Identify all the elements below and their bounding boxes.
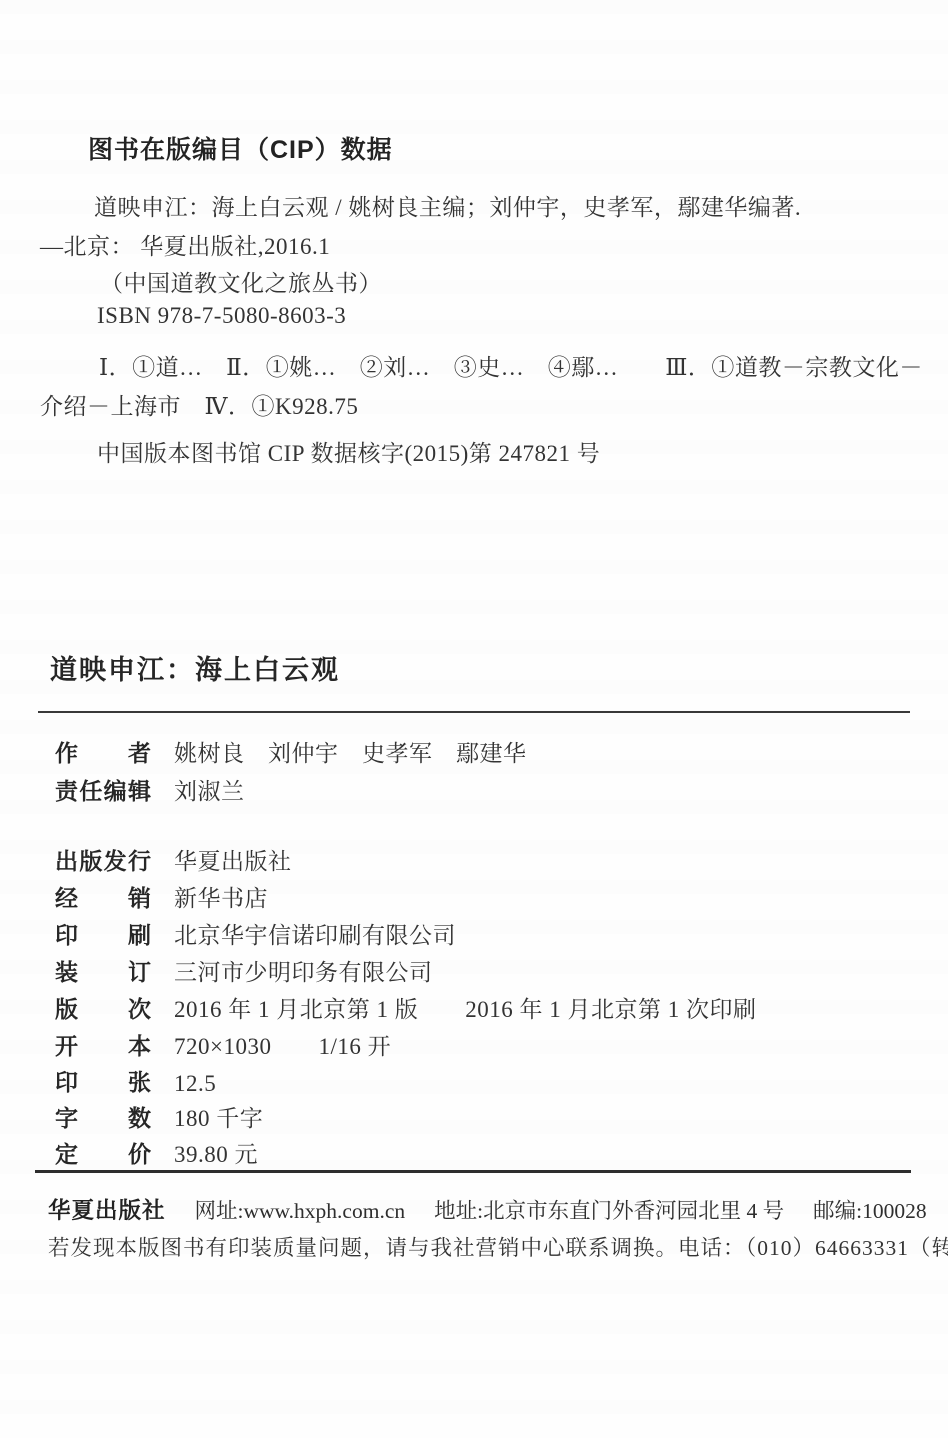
book-title: 道映申江：海上白云观	[50, 648, 340, 687]
footer-publisher-name: 华夏出版社	[48, 1193, 166, 1225]
footer-website: 网址:www.hxph.com.cn	[195, 1194, 406, 1225]
colophon-value: 刘淑兰	[174, 773, 245, 806]
colophon-row-binder: 装订 三河市少明印务有限公司	[55, 954, 433, 987]
cip-entry-line1: 道映申江：海上白云观 / 姚树良主编；刘仲宇，史孝军，鄢建华编著.	[94, 189, 801, 222]
title-divider-rule	[38, 711, 910, 713]
colophon-row-editor: 责任编辑 刘淑兰	[55, 773, 245, 806]
cip-series-note: （中国道教文化之旅丛书）	[100, 265, 382, 298]
colophon-label: 装订	[55, 954, 151, 987]
colophon-row-wordcount: 字数 180 千字	[55, 1100, 263, 1133]
book-copyright-page: 图书在版编目（CIP）数据 道映申江：海上白云观 / 姚树良主编；刘仲宇，史孝军…	[0, 0, 948, 1438]
footer-address: 地址:北京市东直门外香河园北里 4 号	[434, 1194, 784, 1225]
cip-isbn: ISBN 978-7-5080-8603-3	[97, 303, 346, 329]
colophon-value: 720×1030 1/16 开	[174, 1028, 391, 1061]
colophon-label: 开本	[55, 1028, 151, 1061]
colophon-label: 定价	[55, 1136, 151, 1169]
colophon-row-edition: 版次 2016 年 1 月北京第 1 版 2016 年 1 月北京第 1 次印刷	[55, 991, 757, 1024]
cip-classification-line2: 介绍－上海市 Ⅳ．①K928.75	[40, 388, 358, 421]
colophon-row-author: 作者 姚树良 刘仲宇 史孝军 鄢建华	[55, 735, 527, 768]
colophon-value: 新华书店	[174, 880, 268, 913]
colophon-row-printer: 印刷 北京华宇信诺印刷有限公司	[55, 917, 456, 950]
colophon-value: 姚树良 刘仲宇 史孝军 鄢建华	[174, 735, 527, 768]
colophon-label: 字数	[55, 1100, 151, 1133]
colophon-row-publisher: 出版发行 华夏出版社	[55, 843, 292, 876]
cip-entry-line2: —北京： 华夏出版社,2016.1	[40, 228, 330, 261]
colophon-value: 三河市少明印务有限公司	[174, 954, 433, 987]
colophon-label: 印刷	[55, 917, 151, 950]
colophon-value: 12.5	[174, 1071, 216, 1097]
colophon-label: 出版发行	[55, 843, 151, 876]
colophon-row-sheets: 印张 12.5	[55, 1064, 216, 1097]
colophon-label: 责任编辑	[55, 773, 151, 806]
colophon-value: 华夏出版社	[174, 843, 292, 876]
colophon-value: 北京华宇信诺印刷有限公司	[174, 917, 456, 950]
colophon-label: 版次	[55, 991, 151, 1024]
footer-quality-note: 若发现本版图书有印装质量问题，请与我社营销中心联系调换。电话：（010）6466…	[48, 1231, 948, 1262]
footer-divider-rule	[35, 1170, 911, 1173]
colophon-label: 印张	[55, 1064, 151, 1097]
cip-record-number: 中国版本图书馆 CIP 数据核字(2015)第 247821 号	[97, 435, 600, 468]
colophon-label: 经销	[55, 880, 151, 913]
colophon-row-distributor: 经销 新华书店	[55, 880, 268, 913]
cip-header: 图书在版编目（CIP）数据	[88, 130, 393, 166]
colophon-value: 180 千字	[174, 1100, 263, 1133]
colophon-value: 2016 年 1 月北京第 1 版 2016 年 1 月北京第 1 次印刷	[174, 991, 757, 1024]
footer-contact-line: 华夏出版社 网址:www.hxph.com.cn 地址:北京市东直门外香河园北里…	[48, 1193, 927, 1225]
colophon-row-format: 开本 720×1030 1/16 开	[55, 1028, 391, 1061]
cip-classification-line1: Ⅰ．①道… Ⅱ．①姚… ②刘… ③史… ④鄢… Ⅲ．①道教－宗教文化－	[99, 349, 923, 382]
colophon-label: 作者	[55, 735, 151, 768]
colophon-value: 39.80 元	[174, 1136, 258, 1169]
footer-postcode: 邮编:100028	[813, 1194, 926, 1225]
colophon-row-price: 定价 39.80 元	[55, 1136, 258, 1169]
